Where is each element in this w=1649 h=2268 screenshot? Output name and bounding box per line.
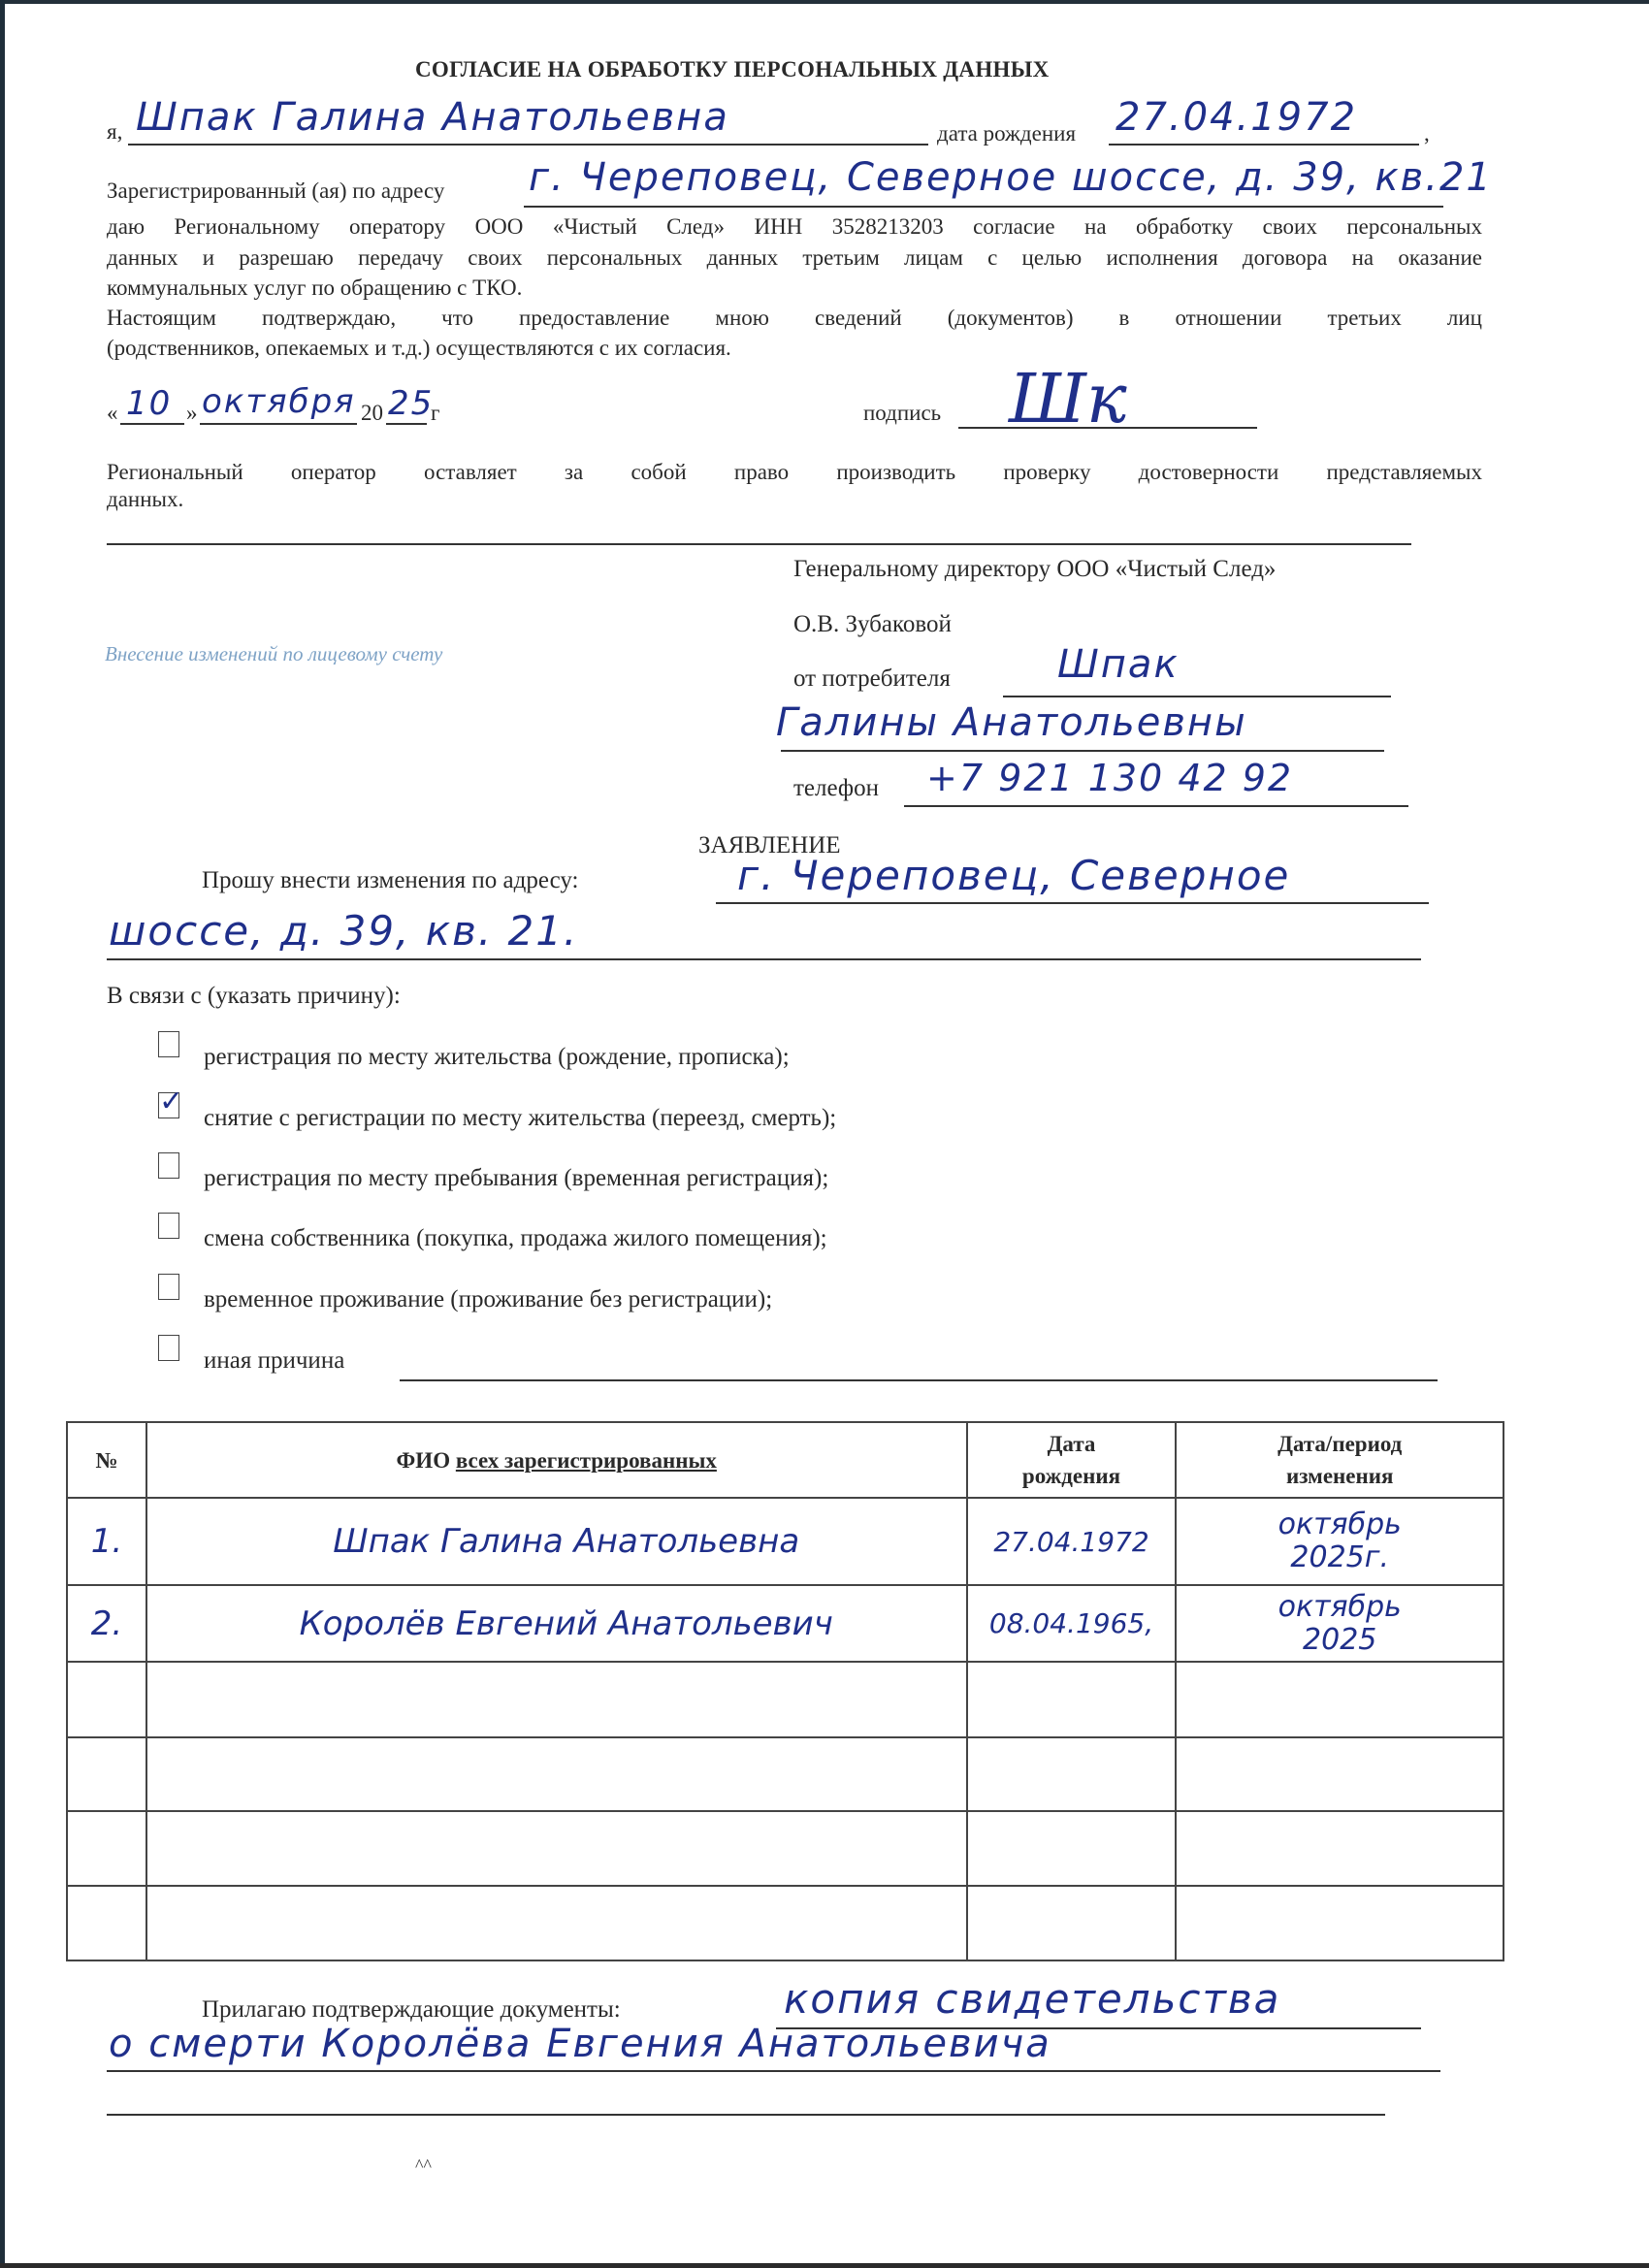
- reason-checkbox-1[interactable]: [158, 1031, 179, 1057]
- address-underline[interactable]: [524, 206, 1443, 208]
- signature-field[interactable]: Шк: [1009, 359, 1127, 438]
- attachments-underline-2: [107, 2070, 1440, 2072]
- row-4-name[interactable]: [146, 1737, 967, 1811]
- phone-underline: [904, 805, 1408, 807]
- row-1-period[interactable]: октябрь 2025г.: [1176, 1498, 1503, 1585]
- dob-field[interactable]: 27.04.1972: [1115, 95, 1357, 140]
- address-label: Зарегистрированный (ая) по адресу: [107, 178, 444, 205]
- dob-underline: [1109, 144, 1419, 146]
- from-name-line-1[interactable]: Шпак: [1057, 642, 1180, 687]
- date-year-underline: [386, 423, 427, 425]
- row-6-name[interactable]: [146, 1886, 967, 1960]
- other-reason-field[interactable]: [400, 1379, 1438, 1381]
- request-label: Прошу внести изменения по адресу:: [202, 867, 578, 894]
- consent-paragraph-1-line-2: данных и разрешаю передачу своих персона…: [107, 244, 1482, 272]
- header-name-underlined: всех зарегистрированных: [456, 1448, 717, 1473]
- row-3-dob[interactable]: [967, 1662, 1177, 1737]
- table-row: [67, 1886, 1503, 1960]
- row-5-period[interactable]: [1176, 1811, 1503, 1886]
- dob-trailing-comma: ,: [1424, 120, 1430, 147]
- from-name-underline: [1003, 696, 1391, 697]
- row-2-period-line-2: 2025: [1177, 1624, 1503, 1657]
- date-year-prefix: 20: [361, 400, 383, 427]
- phone-field[interactable]: +7 921 130 42 92: [926, 757, 1293, 799]
- dob-label: дата рождения: [937, 120, 1076, 147]
- date-close-quote: »: [186, 400, 198, 427]
- table-row: [67, 1662, 1503, 1737]
- date-year-unit: г: [431, 400, 439, 427]
- reason-checkbox-4[interactable]: [158, 1213, 179, 1239]
- row-2-number[interactable]: 2.: [67, 1585, 146, 1662]
- full-name-field[interactable]: Шпак Галина Анатольевна: [136, 95, 729, 140]
- header-number: №: [67, 1422, 146, 1498]
- header-period: Дата/период изменения: [1176, 1422, 1503, 1498]
- from-name-line-2[interactable]: Галины Анатольевны: [776, 700, 1247, 745]
- request-address-underline-1: [716, 902, 1429, 904]
- date-month-field[interactable]: октября: [202, 382, 356, 421]
- attachments-line-1[interactable]: копия свидетельства: [784, 1975, 1280, 2023]
- header-dob: Дата рождения: [967, 1422, 1177, 1498]
- scan-border-top: [0, 0, 1649, 4]
- table-row: [67, 1737, 1503, 1811]
- reason-label-6: иная причина: [204, 1347, 344, 1375]
- date-month-underline: [200, 423, 357, 425]
- from-label: от потребителя: [793, 665, 951, 693]
- table-row: [67, 1811, 1503, 1886]
- row-2-name[interactable]: Королёв Евгений Анатольевич: [146, 1585, 967, 1662]
- table-header-row: № ФИО всех зарегистрированных Дата рожде…: [67, 1422, 1503, 1498]
- table-row: 1. Шпак Галина Анатольевна 27.04.1972 ок…: [67, 1498, 1503, 1585]
- registrants-table: № ФИО всех зарегистрированных Дата рожде…: [66, 1421, 1504, 1961]
- row-6-number[interactable]: [67, 1886, 146, 1960]
- consent-paragraph-2-line-1: Настоящим подтверждаю, что предоставлени…: [107, 305, 1482, 332]
- row-1-period-line-2: 2025г.: [1177, 1541, 1503, 1574]
- reason-label-1: регистрация по месту жительства (рождени…: [204, 1044, 790, 1071]
- consent-paragraph-1-line-1: даю Региональному оператору ООО «Чистый …: [107, 213, 1482, 241]
- verification-note-line-2: данных.: [107, 486, 183, 513]
- consent-paragraph-2-line-2: (родственников, опекаемых и т.д.) осущес…: [107, 335, 731, 362]
- reason-checkbox-5[interactable]: [158, 1274, 179, 1300]
- request-address-line-1[interactable]: г. Череповец, Северное: [737, 852, 1290, 899]
- reason-label: В связи с (указать причину):: [107, 983, 401, 1010]
- row-4-number[interactable]: [67, 1737, 146, 1811]
- row-5-name[interactable]: [146, 1811, 967, 1886]
- header-name-prefix: ФИО: [397, 1448, 456, 1473]
- request-address-underline-2: [107, 958, 1421, 960]
- reason-checkbox-6[interactable]: [158, 1335, 179, 1361]
- scan-border-left: [0, 0, 5, 2268]
- header-name: ФИО всех зарегистрированных: [146, 1422, 967, 1498]
- date-open-quote: «: [107, 400, 118, 427]
- row-1-number[interactable]: 1.: [67, 1498, 146, 1585]
- attachments-underline-3[interactable]: [107, 2114, 1385, 2116]
- header-period-line-1: Дата/период: [1177, 1428, 1503, 1460]
- header-period-line-2: изменения: [1177, 1460, 1503, 1492]
- from-name-line-2-underline: [781, 750, 1384, 752]
- reason-label-5: временное проживание (проживание без рег…: [204, 1286, 772, 1313]
- row-2-period[interactable]: октябрь 2025: [1176, 1585, 1503, 1662]
- scan-border-bottom: [0, 2263, 1649, 2268]
- address-field[interactable]: г. Череповец, Северное шоссе, д. 39, кв.…: [529, 155, 1493, 200]
- row-1-name[interactable]: Шпак Галина Анатольевна: [146, 1498, 967, 1585]
- reason-label-4: смена собственника (покупка, продажа жил…: [204, 1225, 827, 1252]
- date-day-underline: [120, 423, 184, 425]
- row-6-dob[interactable]: [967, 1886, 1177, 1960]
- row-5-number[interactable]: [67, 1811, 146, 1886]
- row-2-period-line-1: октябрь: [1177, 1591, 1503, 1624]
- full-name-underline: [128, 144, 928, 146]
- i-label: я,: [107, 118, 122, 146]
- addressee-line-1: Генеральному директору ООО «Чистый След»: [793, 556, 1276, 583]
- row-1-period-line-1: октябрь: [1177, 1508, 1503, 1541]
- date-year-field[interactable]: 25: [388, 384, 434, 423]
- page-mark: ^^: [415, 2155, 432, 2176]
- attachments-line-2[interactable]: о смерти Королёва Евгения Анатольевича: [109, 2022, 1051, 2066]
- row-3-number[interactable]: [67, 1662, 146, 1737]
- check-mark-icon: ✓: [159, 1087, 183, 1117]
- verification-note-line-1: Региональный оператор оставляет за собой…: [107, 459, 1482, 486]
- reason-checkbox-2[interactable]: ✓: [158, 1092, 179, 1118]
- row-3-name[interactable]: [146, 1662, 967, 1737]
- request-address-line-2[interactable]: шоссе, д. 39, кв. 21.: [109, 907, 578, 955]
- signature-label: подпись: [863, 400, 941, 427]
- reason-label-3: регистрация по месту пребывания (временн…: [204, 1165, 828, 1192]
- phone-label: телефон: [793, 775, 879, 802]
- table-row: 2. Королёв Евгений Анатольевич 08.04.196…: [67, 1585, 1503, 1662]
- consent-paragraph-1-line-3: коммунальных услуг по обращению с ТКО.: [107, 275, 522, 302]
- row-2-dob[interactable]: 08.04.1965,: [967, 1585, 1177, 1662]
- row-5-dob[interactable]: [967, 1811, 1177, 1886]
- row-4-dob[interactable]: [967, 1737, 1177, 1811]
- header-dob-line-2: рождения: [968, 1460, 1176, 1492]
- row-1-dob[interactable]: 27.04.1972: [967, 1498, 1177, 1585]
- row-4-period[interactable]: [1176, 1737, 1503, 1811]
- stamp-text: Внесение изменений по лицевому счету: [105, 642, 442, 666]
- row-6-period[interactable]: [1176, 1886, 1503, 1960]
- reason-checkbox-3[interactable]: [158, 1152, 179, 1179]
- header-dob-line-1: Дата: [968, 1428, 1176, 1460]
- section-divider: [107, 543, 1411, 545]
- date-day-field[interactable]: 10: [126, 384, 172, 423]
- reason-label-2: снятие с регистрации по месту жительства…: [204, 1105, 836, 1132]
- consent-title: СОГЛАСИЕ НА ОБРАБОТКУ ПЕРСОНАЛЬНЫХ ДАННЫ…: [415, 56, 1050, 83]
- attachments-label: Прилагаю подтверждающие документы:: [202, 1996, 621, 2024]
- addressee-line-2: О.В. Зубаковой: [793, 611, 952, 638]
- row-3-period[interactable]: [1176, 1662, 1503, 1737]
